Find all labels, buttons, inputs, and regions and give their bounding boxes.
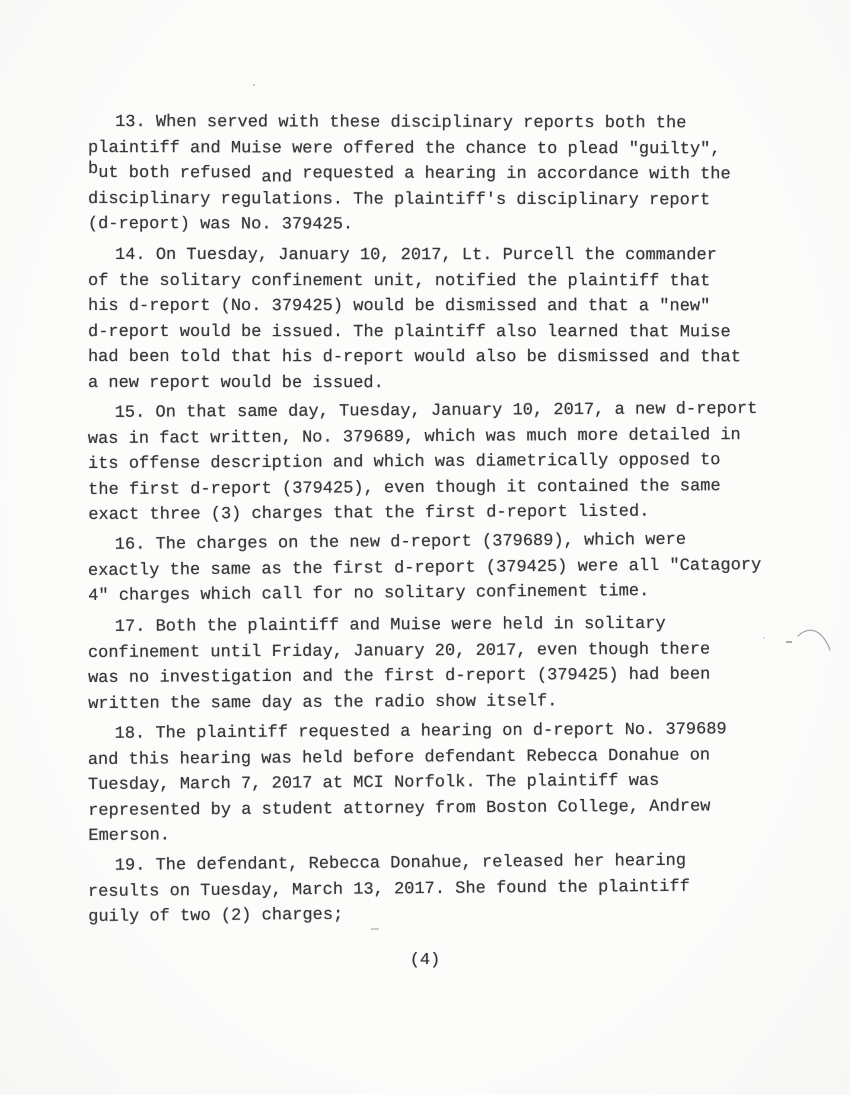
text-line: a new report would be issued.	[88, 370, 793, 396]
document-page: 13. When served with these disciplinary …	[0, 0, 850, 1095]
stray-pen-dash	[371, 928, 379, 930]
text-line: its offense description and which was di…	[88, 447, 793, 477]
paragraph: 18. The plaintiff requested a hearing on…	[88, 716, 794, 849]
text-line: plaintiff and Muise were offered the cha…	[88, 136, 793, 163]
paragraph: 14. On Tuesday, January 10, 2017, Lt. Pu…	[88, 243, 793, 396]
stray-pen-dash	[786, 641, 792, 643]
text-line: written the same day as the radio show i…	[88, 687, 793, 716]
text-line: 17. Both the plaintiff and Muise were he…	[88, 611, 793, 640]
text-line: of the solitary confinement unit, notifi…	[88, 268, 793, 294]
text-line: 13. When served with these disciplinary …	[88, 110, 793, 137]
text-line: his d-report (No. 379425) would be dismi…	[88, 294, 793, 320]
text-segment: b	[88, 160, 98, 179]
paragraph: 13. When served with these disciplinary …	[88, 110, 793, 239]
text-line: disciplinary regulations. The plaintiff'…	[88, 186, 793, 213]
paragraph: 15. On that same day, Tuesday, January 1…	[88, 396, 794, 528]
text-line: had been told that his d-report would al…	[88, 345, 793, 371]
scan-speck	[763, 637, 765, 639]
scan-speck	[253, 84, 255, 86]
text-segment: requested a hearing in accordance with t…	[292, 164, 731, 184]
text-line: guily of two (2) charges;	[88, 899, 793, 931]
text-line: exact three (3) charges that the first d…	[88, 498, 793, 528]
text-line: confinement until Friday, January 20, 20…	[88, 636, 793, 665]
paragraph: 17. Both the plaintiff and Muise were he…	[88, 611, 794, 717]
paragraph: 19. The defendant, Rebecca Donahue, rele…	[88, 848, 794, 931]
text-line: was in fact written, No. 379689, which w…	[88, 422, 793, 452]
paragraph: 16. The charges on the new d-report (379…	[88, 527, 794, 610]
text-line: but both refused and requested a hearing…	[88, 161, 793, 188]
text-line: 4" charges which call for no solitary co…	[88, 578, 793, 610]
text-line: d-report would be issued. The plaintiff …	[88, 319, 793, 345]
pen-squiggle-mark	[796, 626, 834, 656]
text-line: 14. On Tuesday, January 10, 2017, Lt. Pu…	[88, 243, 793, 269]
text-line: 18. The plaintiff requested a hearing on…	[88, 716, 793, 747]
text-segment: and	[261, 168, 292, 187]
text-line: was no investigation and the first d-rep…	[88, 662, 793, 691]
text-line: represented by a student attorney from B…	[88, 793, 793, 824]
paragraphs: 13. When served with these disciplinary …	[88, 110, 793, 936]
text-line: 15. On that same day, Tuesday, January 1…	[88, 396, 793, 426]
page-number: (4)	[0, 951, 850, 970]
text-line: and this hearing was held before defenda…	[88, 742, 793, 773]
text-line: the first d-report (379425), even though…	[88, 473, 793, 503]
text-line: (d-report) was No. 379425.	[88, 212, 793, 239]
text-segment: ut both refused	[98, 164, 261, 183]
